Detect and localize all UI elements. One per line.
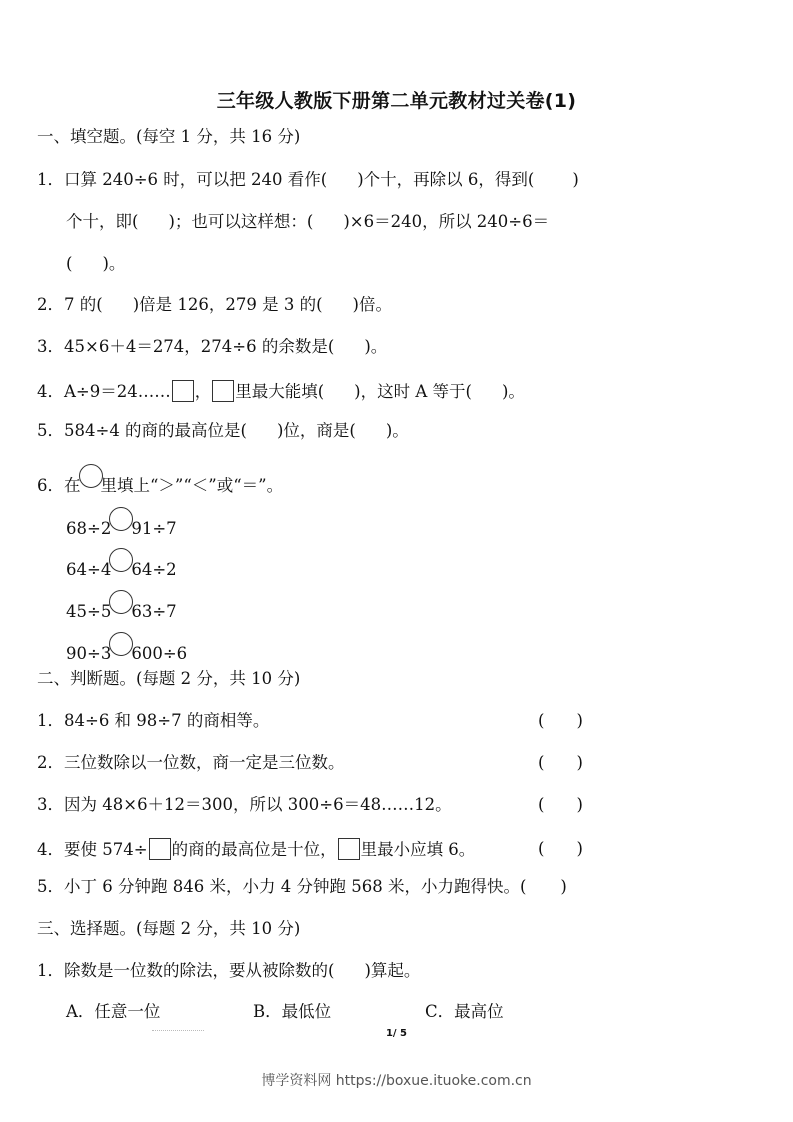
s3-question-1: 1．除数是一位数的除法，要从被除数的()算起。 (37, 960, 420, 982)
compare-circle[interactable] (109, 632, 133, 656)
s2-question-2: 2．三位数除以一位数，商一定是三位数。 (37, 752, 345, 774)
option-b[interactable]: B．最低位 (253, 1001, 331, 1023)
text: ) (560, 877, 566, 896)
text: 里最小应填 6。 (361, 840, 476, 859)
text: ( (538, 753, 544, 772)
text: 4．A÷9＝24…… (37, 382, 171, 401)
comparison-item: 64÷464÷2 (66, 548, 177, 581)
answer-box[interactable] (212, 380, 234, 402)
left-expression: 45÷5 (66, 602, 111, 621)
text: )位，商是( (277, 421, 356, 440)
left-expression: 64÷4 (66, 560, 111, 579)
text: 6．在 (37, 476, 81, 495)
text: )。 (102, 254, 125, 273)
text: ) (572, 170, 578, 189)
text: 4．要使 574÷ (37, 840, 148, 859)
s1-question-1-line-2: 个十，即()；也可以这样想：()×6＝240，所以 240÷6＝ (66, 211, 549, 233)
text: )算起。 (364, 961, 420, 980)
page-number: 1/ 5 (0, 1028, 793, 1039)
text: )。 (364, 337, 387, 356)
text: )倍是 126，279 是 3 的( (133, 295, 323, 314)
answer-box[interactable] (149, 838, 171, 860)
text: 5．小丁 6 分钟跑 846 米，小力 4 分钟跑 568 米，小力跑得快。( (37, 877, 526, 896)
comparison-item: 90÷3600÷6 (66, 632, 187, 665)
text: 个十，即( (66, 212, 138, 231)
right-expression: 63÷7 (131, 602, 176, 621)
text: 1．除数是一位数的除法，要从被除数的( (37, 961, 334, 980)
text: 里最大能填( (235, 382, 324, 401)
right-expression: 64÷2 (131, 560, 176, 579)
text: ， (195, 382, 212, 401)
compare-circle[interactable] (109, 590, 133, 614)
s1-question-4: 4．A÷9＝24……，里最大能填()，这时 A 等于()。 (37, 380, 525, 403)
s1-question-1-line-3: ()。 (66, 253, 125, 275)
text: 里填上“＞”“＜”或“＝”。 (101, 476, 284, 495)
answer-box[interactable] (338, 838, 360, 860)
text: )倍。 (353, 295, 392, 314)
text: )×6＝240，所以 240÷6＝ (343, 212, 549, 231)
comparison-item: 68÷291÷7 (66, 507, 177, 540)
text: )。 (502, 382, 525, 401)
option-c[interactable]: C．最高位 (425, 1001, 504, 1023)
left-expression: 90÷3 (66, 644, 111, 663)
text: ) (576, 795, 582, 814)
text: ) (576, 711, 582, 730)
text: )。 (386, 421, 409, 440)
right-expression: 91÷7 (131, 519, 176, 538)
s2-question-5: 5．小丁 6 分钟跑 846 米，小力 4 分钟跑 568 米，小力跑得快。() (37, 876, 567, 898)
comparison-item: 45÷563÷7 (66, 590, 177, 623)
text: 5．584÷4 的商的最高位是( (37, 421, 247, 440)
left-expression: 68÷2 (66, 519, 111, 538)
s2-question-3: 3．因为 48×6＋12＝300，所以 300÷6＝48……12。 (37, 794, 452, 816)
text: ) (576, 753, 582, 772)
document-title: 三年级人教版下册第二单元教材过关卷(1) (0, 86, 793, 113)
section-1-heading: 一、填空题。(每空 1 分，共 16 分) (37, 126, 300, 148)
text: 的商的最高位是十位， (172, 840, 337, 859)
s1-question-3: 3．45×6＋4＝274，274÷6 的余数是()。 (37, 336, 387, 358)
compare-circle[interactable] (109, 548, 133, 572)
footer-watermark: 博学资料网 https://boxue.ituoke.com.cn (0, 1070, 793, 1090)
text: ( (66, 254, 72, 273)
circle-icon (79, 464, 103, 488)
answer-box[interactable] (172, 380, 194, 402)
s2-question-4: 4．要使 574÷的商的最高位是十位，里最小应填 6。 (37, 838, 475, 861)
judge-answer-blank[interactable]: () (538, 752, 583, 774)
text: ) (576, 839, 582, 858)
text: ( (538, 795, 544, 814)
section-2-heading: 二、判断题。(每题 2 分，共 10 分) (37, 668, 300, 690)
text: ( (538, 711, 544, 730)
text: ( (538, 839, 544, 858)
text: 3．45×6＋4＝274，274÷6 的余数是( (37, 337, 334, 356)
s1-question-2: 2．7 的()倍是 126，279 是 3 的()倍。 (37, 294, 392, 316)
section-3-heading: 三、选择题。(每题 2 分，共 10 分) (37, 918, 300, 940)
s1-question-6: 6．在里填上“＞”“＜”或“＝”。 (37, 464, 283, 497)
text: )；也可以这样想：( (168, 212, 313, 231)
text: )个十，再除以 6，得到( (357, 170, 534, 189)
judge-answer-blank[interactable]: () (538, 794, 583, 816)
compare-circle[interactable] (109, 507, 133, 531)
judge-answer-blank[interactable]: () (538, 838, 583, 860)
option-a[interactable]: A．任意一位 (66, 1001, 160, 1023)
s2-question-1: 1．84÷6 和 98÷7 的商相等。 (37, 710, 269, 732)
text: )，这时 A 等于( (354, 382, 472, 401)
s1-question-1-line-1: 1．口算 240÷6 时，可以把 240 看作()个十，再除以 6，得到() (37, 169, 579, 191)
s1-question-5: 5．584÷4 的商的最高位是()位，商是()。 (37, 420, 409, 442)
text: 1．口算 240÷6 时，可以把 240 看作( (37, 170, 327, 189)
text: 2．7 的( (37, 295, 103, 314)
right-expression: 600÷6 (131, 644, 187, 663)
judge-answer-blank[interactable]: () (538, 710, 583, 732)
